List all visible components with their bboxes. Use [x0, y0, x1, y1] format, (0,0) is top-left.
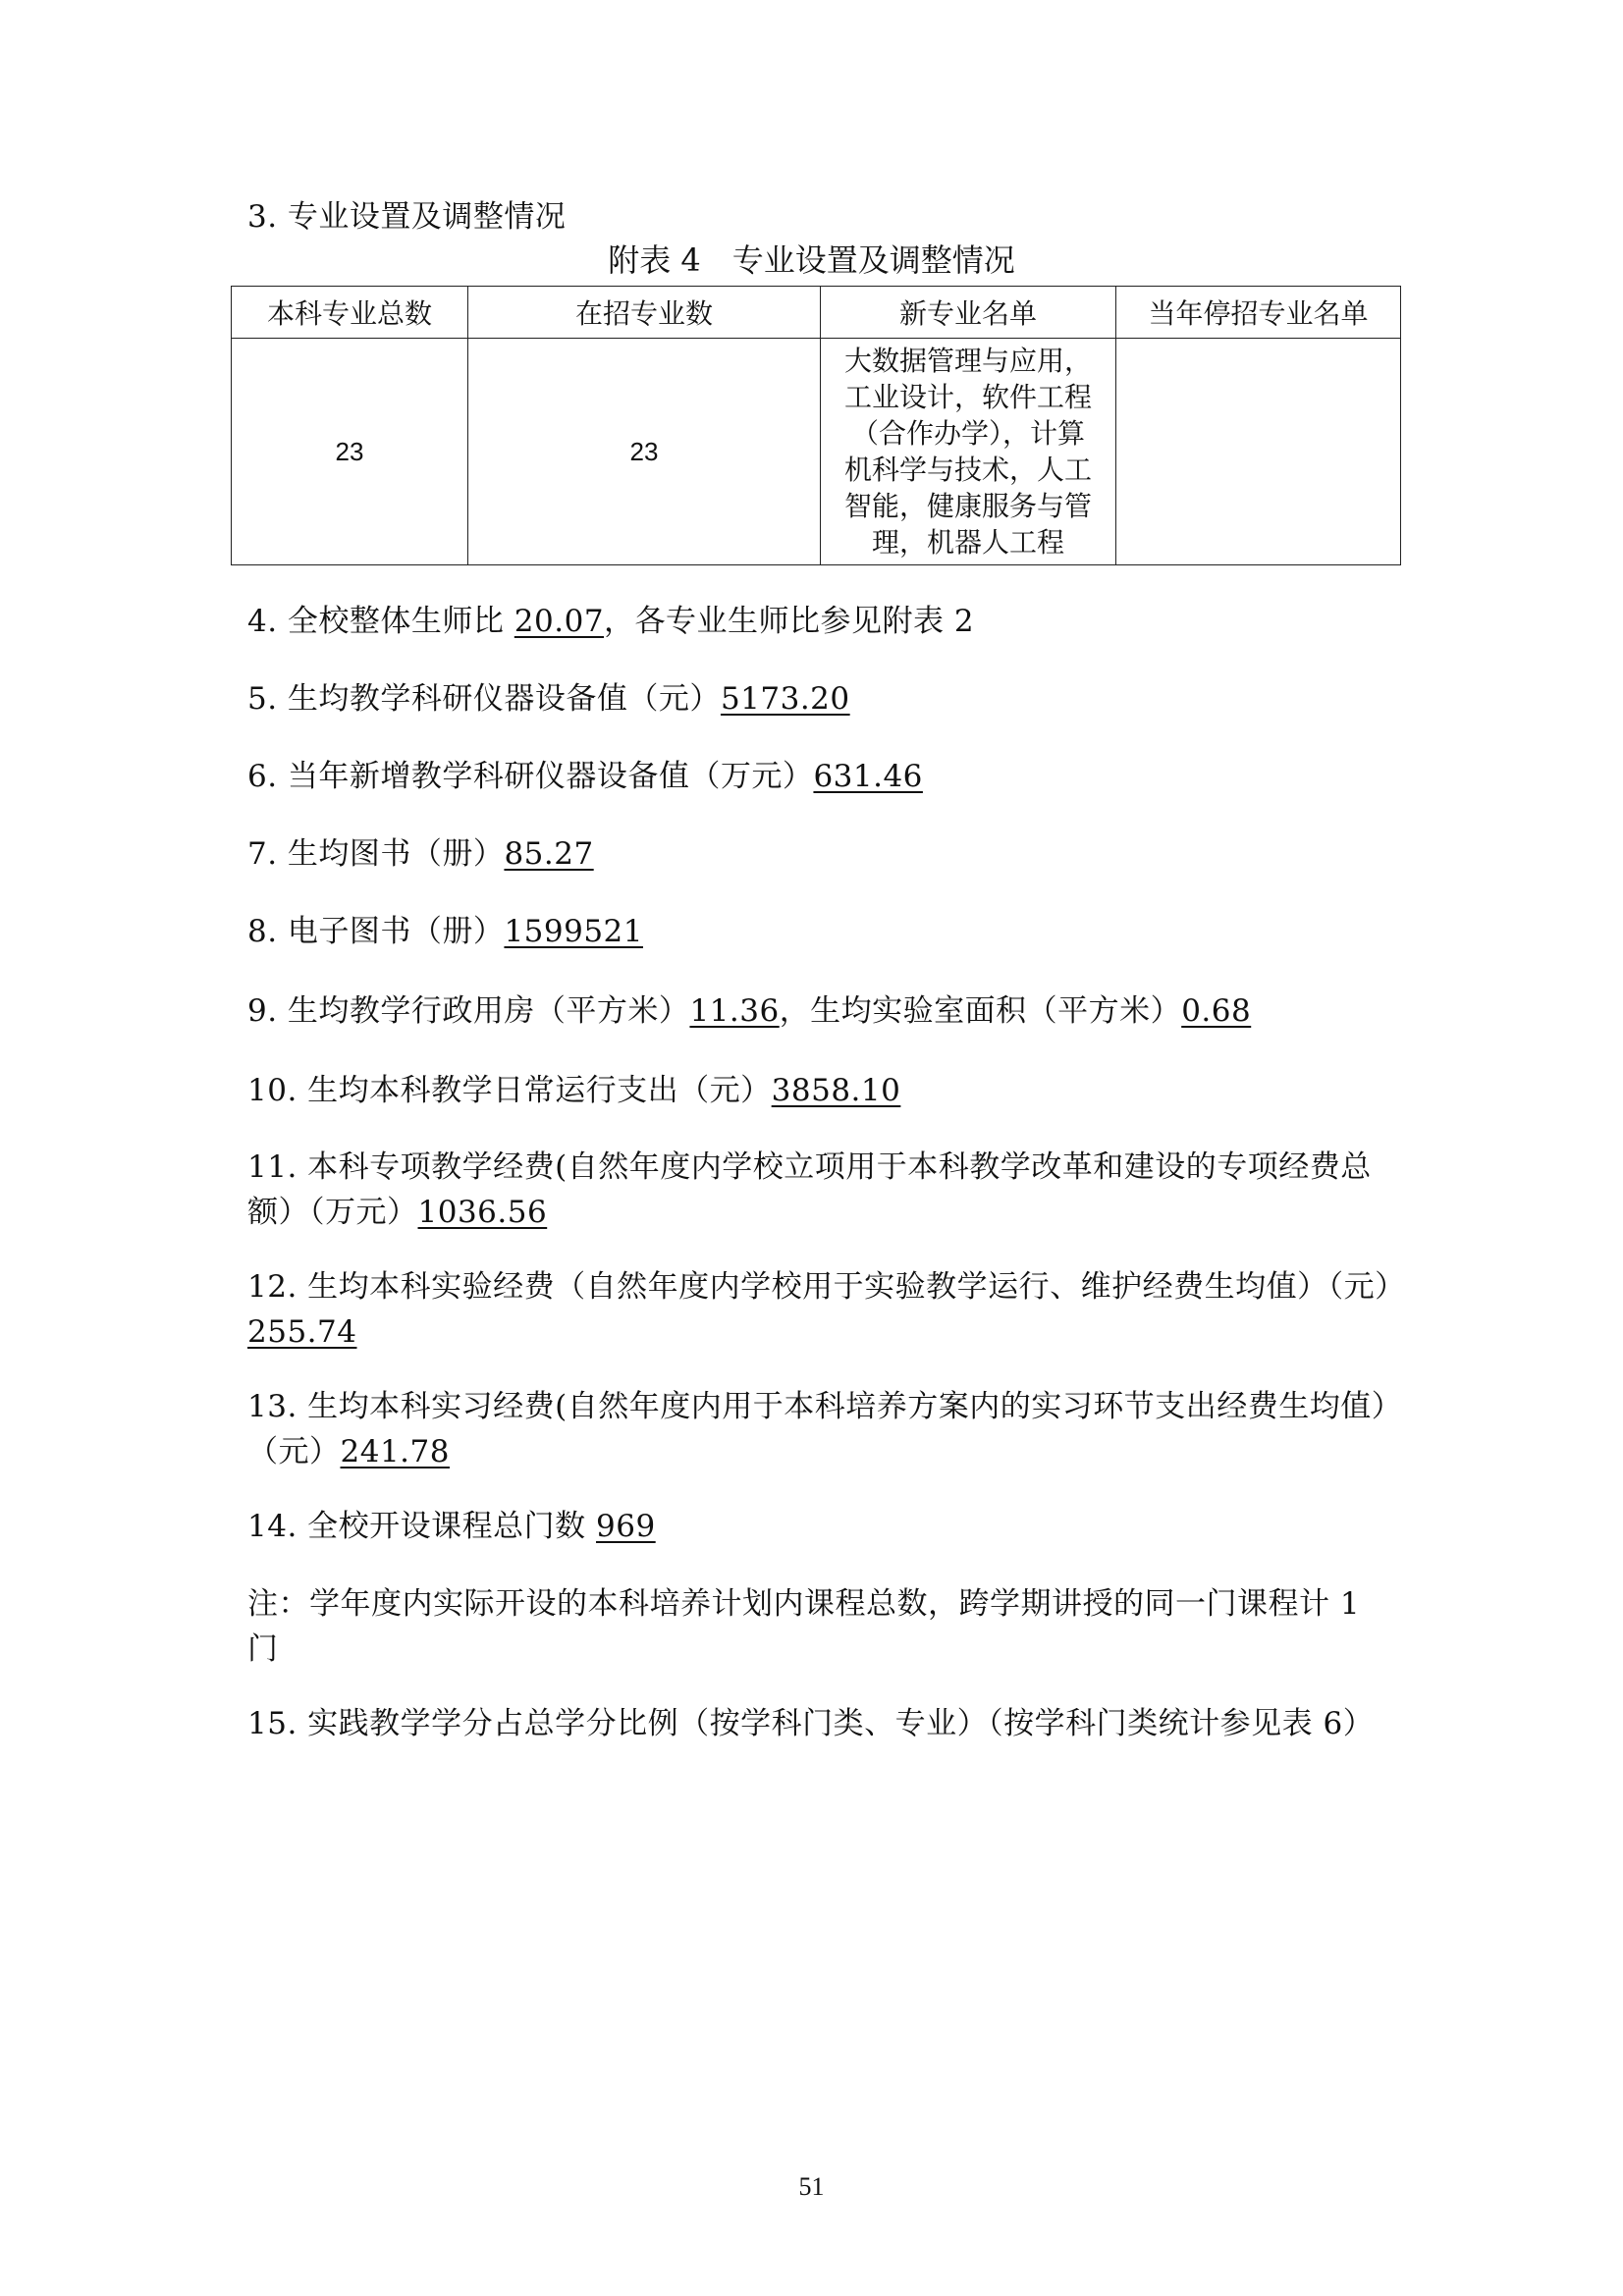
item-14: 14. 全校开设课程总门数 969: [247, 1506, 656, 1547]
cell-enrolling-majors: 23: [468, 339, 821, 565]
new-major-line: 理，机器人工程: [836, 524, 1101, 561]
value: 11.36: [689, 993, 779, 1029]
item-7: 7. 生均图书（册）85.27: [247, 833, 594, 875]
value: 3858.10: [772, 1073, 901, 1108]
item-12: 12. 生均本科实验经费（自然年度内学校用于实验教学运行、维护经费生均值）（元）…: [247, 1264, 1394, 1355]
value: 85.27: [504, 836, 593, 872]
table-caption: 附表 4 专业设置及调整情况: [0, 240, 1623, 281]
item-5: 5. 生均教学科研仪器设备值（元）5173.20: [247, 678, 850, 720]
page-number: 51: [0, 2172, 1623, 2202]
value: 255.74: [247, 1314, 356, 1350]
value: 1036.56: [418, 1195, 548, 1230]
new-major-line: （合作办学），计算: [836, 415, 1101, 452]
value: 969: [596, 1509, 656, 1544]
item-11: 11. 本科专项教学经费(自然年度内学校立项用于本科教学改革和建设的专项经费总额…: [247, 1145, 1394, 1235]
item-4: 4. 全校整体生师比 20.07，各专业生师比参见附表 2: [247, 601, 974, 642]
value: 1599521: [504, 914, 643, 949]
note: 注：学年度内实际开设的本科培养计划内课程总数，跨学期讲授的同一门课程计 1 门: [247, 1581, 1394, 1672]
table-row: 23 23 大数据管理与应用， 工业设计，软件工程 （合作办学），计算 机科学与…: [232, 339, 1401, 565]
item-9: 9. 生均教学行政用房（平方米）11.36，生均实验室面积（平方米）0.68: [247, 990, 1251, 1032]
header-enrolling-majors: 在招专业数: [468, 287, 821, 339]
new-major-line: 机科学与技术，人工: [836, 452, 1101, 488]
item-13: 13. 生均本科实习经费(自然年度内用于本科培养方案内的实习环节支出经费生均值）…: [247, 1384, 1394, 1474]
value: 631.46: [813, 759, 922, 794]
item-6: 6. 当年新增教学科研仪器设备值（万元）631.46: [247, 756, 923, 797]
cell-stopped-majors: [1116, 339, 1401, 565]
table-header-row: 本科专业总数 在招专业数 新专业名单 当年停招专业名单: [232, 287, 1401, 339]
new-major-line: 大数据管理与应用，: [836, 343, 1101, 379]
cell-total-majors: 23: [232, 339, 468, 565]
header-stopped-majors: 当年停招专业名单: [1116, 287, 1401, 339]
item-8: 8. 电子图书（册）1599521: [247, 911, 643, 952]
header-total-majors: 本科专业总数: [232, 287, 468, 339]
header-new-majors: 新专业名单: [821, 287, 1116, 339]
cell-new-majors: 大数据管理与应用， 工业设计，软件工程 （合作办学），计算 机科学与技术，人工 …: [821, 339, 1116, 565]
item-15: 15. 实践教学学分占总学分比例（按学科门类、专业）（按学科门类统计参见表 6）: [247, 1701, 1394, 1746]
majors-table: 本科专业总数 在招专业数 新专业名单 当年停招专业名单 23 23 大数据管理与…: [231, 286, 1401, 565]
value: 20.07: [514, 604, 604, 639]
section-heading: 3. 专业设置及调整情况: [247, 196, 566, 238]
value-2: 0.68: [1181, 993, 1251, 1029]
new-major-line: 工业设计，软件工程: [836, 379, 1101, 415]
value: 241.78: [341, 1434, 450, 1469]
new-major-line: 智能，健康服务与管: [836, 488, 1101, 524]
document-page: 3. 专业设置及调整情况 附表 4 专业设置及调整情况 本科专业总数 在招专业数…: [0, 0, 1623, 2296]
value: 5173.20: [721, 681, 850, 717]
item-10: 10. 生均本科教学日常运行支出（元）3858.10: [247, 1070, 900, 1111]
